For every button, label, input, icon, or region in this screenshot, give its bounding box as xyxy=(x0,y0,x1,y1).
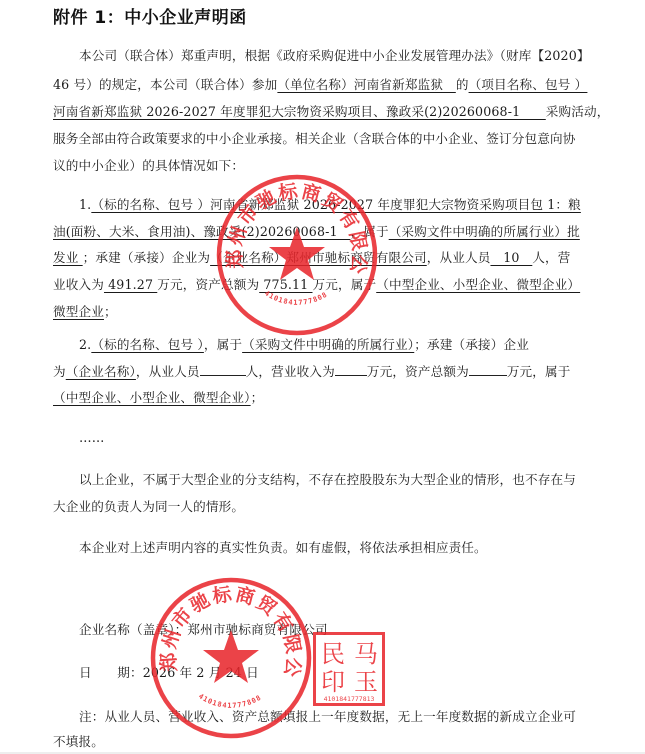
item2-assets-blank xyxy=(469,363,507,376)
project-name-field: 河南省新郑监狱 2026-2027 年度罪犯大宗物资采购项目、豫政采(2)202… xyxy=(53,104,546,119)
document-title: 附件 1：中小企业声明函 xyxy=(53,3,247,28)
item1-line-5: 微型企业； xyxy=(53,304,601,320)
item2-line-2: 为（企业名称），从业人员人，营业收入为万元，资产总额为万元，属于 xyxy=(53,363,601,380)
para-a-line-1: 以上企业，不属于大型企业的分支结构，不存在控股股东为大型企业的情形，也不存在与 xyxy=(53,472,627,488)
item1-subject-field: （标的名称、包号 ）河南省新郑监狱 2026-2027 年度罪犯大宗物资采购项目… xyxy=(91,197,581,212)
item2-line-3: （中型企业、小型企业、微型企业）； xyxy=(53,390,601,406)
item1-revenue-field: 491.27 xyxy=(104,277,157,292)
item1-line-1: 1.（标的名称、包号 ）河南省新郑监狱 2026-2027 年度罪犯大宗物资采购… xyxy=(53,197,627,213)
date-line: 日 期：2026 年 2 月 24 日 xyxy=(53,665,627,681)
para-b: 本企业对上述声明内容的真实性负责。如有虚假，将依法承担相应责任。 xyxy=(53,540,627,556)
item1-assets-field: 775.11 xyxy=(259,277,312,292)
ellipsis: …… xyxy=(53,430,627,446)
company-name-value: 郑州市驰标商贸有限公司 xyxy=(187,622,327,637)
intro-line-2: 46 号）的规定，本公司（联合体）参加（单位名称）河南省新郑监狱 的（项目名称、… xyxy=(53,77,601,93)
para-a-line-2: 大企业的负责人为同一人的情形。 xyxy=(53,499,601,515)
item1-employees-field: 10 xyxy=(490,250,532,265)
intro-line-4: 服务全部由符合政策要求的中小企业承接。相关企业（含联合体的中小企业、签订分包意向… xyxy=(53,131,601,147)
intro-line-3: 河南省新郑监狱 2026-2027 年度罪犯大宗物资采购项目、豫政采(2)202… xyxy=(53,104,601,120)
item1-company-field: （企业名称）郑州市驰标商贸有限公司 xyxy=(210,250,427,265)
item1-line-2: 油(面粉、大米、食用油)、豫政采(2)20260068-1 ，属于（采购文件中明… xyxy=(53,224,601,240)
svg-text:4101841777813: 4101841777813 xyxy=(324,695,375,703)
note-line-1: 注：从业人员、营业收入、资产总额填报上一年度数据，无上一年度数据的新成立企业可 xyxy=(53,709,627,725)
item2-employees-blank xyxy=(200,363,246,376)
item2-line-1: 2.（标的名称、包号 ），属于（采购文件中明确的所属行业）；承建（承接）企业 xyxy=(53,337,627,353)
svg-text:马: 马 xyxy=(354,640,378,668)
intro-line-1: 本公司（联合体）郑重声明，根据《政府采购促进中小企业发展管理办法》（财库【202… xyxy=(53,48,627,64)
date-value: 2026 年 2 月 24 日 xyxy=(143,665,259,680)
company-signature-line: 企业名称（盖章）：郑州市驰标商贸有限公司 xyxy=(53,622,627,638)
item1-industry-field: （采购文件中明确的所属行业）批 xyxy=(389,224,580,239)
document-page: 附件 1：中小企业声明函 本公司（联合体）郑重声明，根据《政府采购促进中小企业发… xyxy=(0,0,645,754)
svg-text:4101841777808: 4101841777808 xyxy=(197,692,263,710)
svg-text:民: 民 xyxy=(321,640,345,668)
item1-size-field: 微型企业 xyxy=(53,304,104,319)
item1-line-3: 发业 ；承建（承接）企业为（企业名称）郑州市驰标商贸有限公司，从业人员 10 人… xyxy=(53,250,601,266)
unit-name-field: （单位名称）河南省新郑监狱 xyxy=(277,77,455,92)
item1-line-4: 业收入为 491.27 万元，资产总额为 775.11 万元，属于（中型企业、小… xyxy=(53,277,601,293)
item2-revenue-blank xyxy=(335,363,367,376)
project-name-label: （项目名称、包号 ） xyxy=(469,77,588,92)
intro-line-5: 议的中小企业）的具体情况如下： xyxy=(53,158,601,174)
note-line-2: 不填报。 xyxy=(53,734,601,750)
